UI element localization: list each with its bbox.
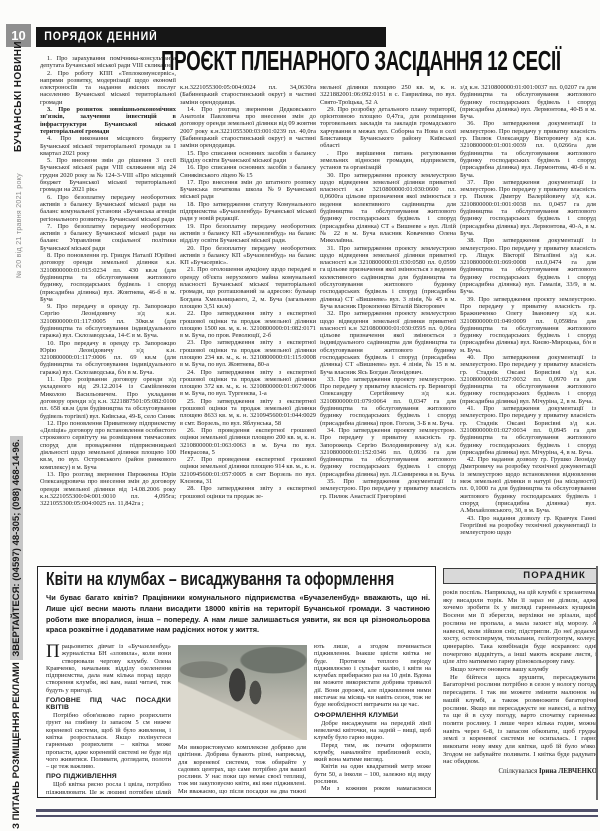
article-column-1: Працьовитих дівчат із «Бучазеленбуд» жур… (46, 643, 171, 794)
agenda-item: 35. Про затвердження документації із зем… (320, 478, 456, 500)
agenda-column-4: з/д к.н. 3210800000:01:001:0037 пл. 0,02… (460, 84, 596, 561)
agenda-item: 15. Про списання основних засобів з бала… (180, 150, 316, 165)
article-paragraph: ГОЛОВНЕ ПІД ЧАС ПОСАДКИ КВІТІВ (46, 697, 171, 711)
agenda-item: 6. Про безоплатну передачу необоротних а… (40, 194, 176, 223)
agenda-item: 43. Про надання дозволу гр. Кравчук Ганн… (460, 515, 596, 537)
agenda-item: 22. Про затвердження звіту з експертної … (180, 310, 316, 339)
section-title: ПОРЯДОК ДЕННИЙ (36, 27, 158, 47)
agenda-column-3: мельної ділянки площею 250 кв. м, к. н. … (320, 84, 456, 561)
article-title: Квіти на клумбах – висаджування та оформ… (46, 568, 394, 590)
agenda-item: 30. Про затвердження проекту землеустрою… (320, 172, 456, 245)
agenda-item: к.н.3221055300:05:004:0024 пл. 34,0630га… (180, 84, 316, 106)
agenda-item: 16. Про списання основних засобів з бала… (180, 164, 316, 179)
agenda-item: 20. Про безоплатну передачу необоротних … (180, 245, 316, 267)
issue-info: № 20 від 21 травня 2021 року (16, 173, 23, 278)
agenda-item: 1. Про зарахування помічника-консультант… (40, 55, 176, 70)
advisor-body: років поспіль. Наприклад, на цій клумбі … (443, 589, 597, 766)
bottom-rule-thick (36, 809, 598, 812)
agenda-item: 32. Про затвердження проекту землеустрою… (320, 310, 456, 376)
agenda-item: 40. Про затвердження документації із зем… (460, 354, 596, 405)
agenda-item: . Про вирішення питань регулювання земел… (320, 150, 456, 172)
agenda-column-1: 1. Про зарахування помічника-консультант… (40, 55, 176, 561)
article-paragraph: ють лише, а згодом починається підживлен… (314, 643, 431, 709)
agenda-item: 7. Про безоплатну передачу необоротних а… (40, 223, 176, 252)
article-paragraph: ОФОРМЛЕННЯ КЛУМБИ (314, 712, 431, 719)
newspaper-brand: БУЧАНСЬКІ НОВИНИ (13, 41, 24, 152)
agenda-item: 25. Про затвердження звіту з експертної … (180, 398, 316, 427)
agenda-item: 37. Про затвердження документації із зем… (460, 179, 596, 237)
agenda-item: мельної ділянки площею 250 кв. м, к. н. … (320, 84, 456, 106)
agenda-item: 33. Про затвердження проекту землеустрою… (320, 376, 456, 427)
advisor-paragraph: років поспіль. Наприклад, на цій клумбі … (443, 589, 597, 666)
agenda-item: 14. Про розгляд звернення Дедковського А… (180, 106, 316, 150)
agenda-item: 41. Про затвердження документації із зем… (460, 405, 596, 456)
article-photo (178, 645, 307, 740)
article-paragraph: Квітів на один квадратний метр може бути… (314, 763, 431, 785)
agenda-item: 42. Про надання дозволу гр. Грушко Леоні… (460, 456, 596, 514)
article-paragraph: Щоб квітка рясно росла і цвіла, потрібно… (46, 781, 171, 794)
article-paragraph: Ми використовуємо комплексне добриво для… (178, 744, 306, 794)
agenda-item: 4. Про виконання місцевого бюджету Бучан… (40, 135, 176, 157)
ad-contact-rail: З ПИТАНЬ РОЗМІЩЕННЯ РЕКЛАМИ ЗВЕРТАЙТЕСЯ:… (11, 436, 22, 829)
agenda-item: 36. Про затвердження документації із зем… (460, 120, 596, 178)
right-edge-rule (596, 566, 598, 800)
agenda-item: 18. Про затвердження статуту Комунальног… (180, 201, 316, 223)
flower-article: Квіти на клумбах – висаджування та оформ… (37, 566, 436, 798)
agenda-item: 34. Про затвердження проекту землеустрою… (320, 427, 456, 478)
article-paragraph: Добре висаджувати на передній лінії неве… (314, 720, 431, 742)
agenda-item: 31. Про затвердження проекту землеустрою… (320, 245, 456, 311)
article-column-2: Ми використовуємо комплексне добриво для… (178, 744, 306, 794)
agenda-item: 26. Про проведення експертної грошової о… (180, 427, 316, 456)
article-paragraph: Перед тим, як почати оформляти клумбу, н… (314, 742, 431, 764)
agenda-item: 10. Про передачу в оренду гр. Запорожцю … (40, 340, 176, 376)
agenda-item: 39. Про затвердження проєкту землеустрою… (460, 296, 596, 354)
agenda-item: 2. Про роботу КПП «Теплокомунсервіс», на… (40, 70, 176, 106)
agenda-item: 8. Про поновлення гр. Грицук Наталії Юрі… (40, 252, 176, 303)
agenda-item: з/д к.н. 3210800000:01:001:0037 пл. 0,02… (460, 84, 596, 120)
advisor-paragraph: Не бійтеся щось зрушити, пересаджувати. … (443, 674, 597, 766)
agenda-item: 11. Про розірвання договору оренди з/д у… (40, 376, 176, 420)
agenda-column-2: к.н.3221055300:05:004:0024 пл. 34,0630га… (180, 84, 316, 561)
agenda-item: 19. Про безоплатну передачу необоротних … (180, 223, 316, 245)
article-column-3: ють лише, а згодом починається підживлен… (314, 643, 431, 794)
article-byline: Спілкувалася Ірина ЛЕВЧЕНКО (443, 768, 597, 775)
agenda-item: 23. Про затвердження звіту з експертної … (180, 339, 316, 368)
article-lead: Чи буває багато квітів? Працівники комун… (46, 593, 430, 636)
ad-notice-text: З ПИТАНЬ РОЗМІЩЕННЯ РЕКЛАМИ (11, 660, 22, 829)
agenda-item: 9. Про передачу в оренду гр. Запорожцю С… (40, 303, 176, 339)
agenda-item: 5. Про внесення змін до рішення 3 сесії … (40, 157, 176, 193)
advisor-paragraph: Якщо хочете оновити вашу клумбу (443, 666, 597, 674)
agenda-item: 21. Про оголошення аукціону щодо передач… (180, 266, 316, 310)
agenda-item: 12. Про поновлення Приватному підприємст… (40, 420, 176, 471)
agenda-item: 27. Про проведення експертної грошової о… (180, 456, 316, 485)
article-paragraph: ПРО ПІДЖИВЛЕННЯ (46, 773, 171, 780)
article-paragraph: Ми з кожним роком намагаємося оновлювати… (314, 785, 431, 794)
agenda-item: 28. Про затвердження звіту з експертної … (180, 485, 316, 500)
byline-author: Ірина ЛЕВЧЕНКО (539, 768, 597, 775)
agenda-item: 13. Про розгляд звернення Пироженка Юрія… (40, 471, 176, 507)
agenda-item: 38. Про затвердження документації із зем… (460, 237, 596, 295)
agenda-item: 3. Про розвиток зовнішньоекономічних зв'… (40, 106, 176, 135)
section-header-bar: ПОРЯДОК ДЕННИЙ (36, 27, 386, 47)
main-headline: ПРОЄКТ ПЛЕНАРНОГО ЗАСІДАННЯ 12 СЕСІЇ (161, 45, 561, 77)
article-paragraph: Працьовитих дівчат із «Бучазеленбуд» жур… (46, 643, 171, 694)
agenda-item: 24. Про затвердження звіту з експертної … (180, 369, 316, 398)
advisor-sidebar: ПОРАДНИК років поспіль. Наприклад, на ці… (443, 568, 597, 800)
agenda-item: 29. Про розробку детального плану терито… (320, 106, 456, 150)
advisor-header: ПОРАДНИК (443, 568, 597, 584)
agenda-item: 17. Про внесення змін до штатного розпис… (180, 179, 316, 201)
byline-prefix: Спілкувалася (498, 768, 539, 775)
bottom-rule-thin (36, 815, 598, 817)
ad-phone-numbers: ЗВЕРТАЙТЕСЯ: (04597) 48-305; (098) 468-1… (10, 436, 23, 659)
article-paragraph: Потрібно обов'язково гарно розрихлити ґр… (46, 712, 171, 770)
